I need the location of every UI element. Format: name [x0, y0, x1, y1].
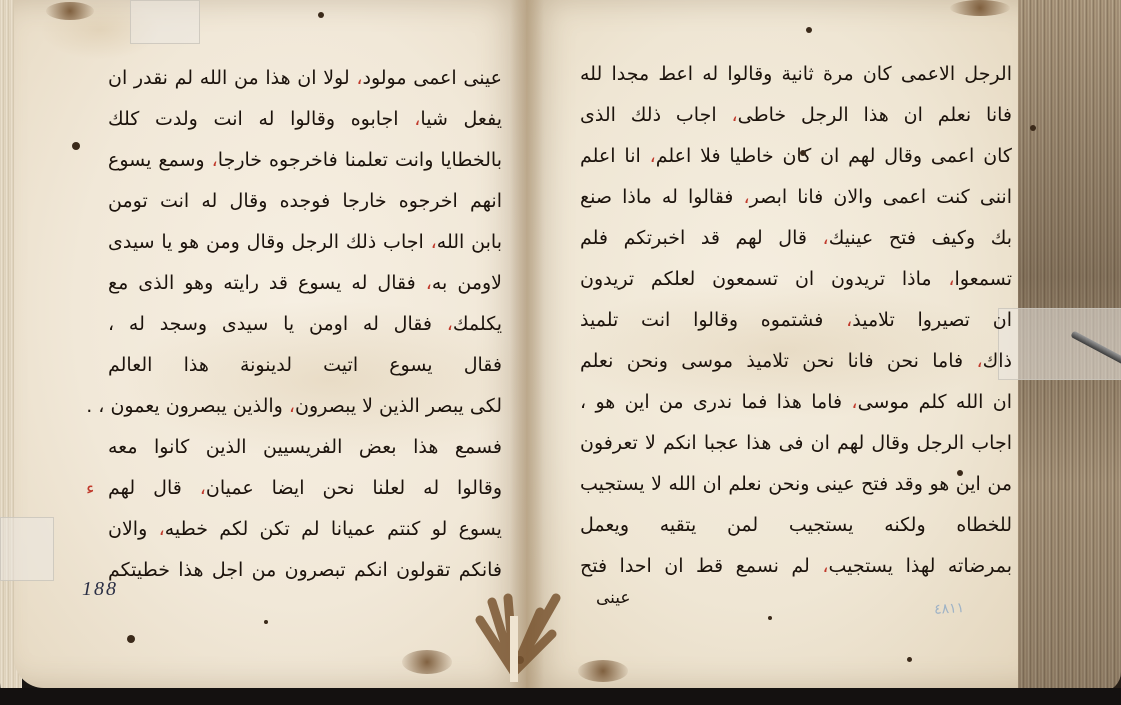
- ink-stain: [46, 2, 94, 20]
- wormhole: [768, 616, 772, 620]
- text-line: اجاب الرجل وقال لهم ان فى هذا عجبا انكم …: [580, 423, 1012, 464]
- worm-damage-fan: [458, 572, 570, 682]
- ink-stain: [578, 660, 628, 682]
- text-line: اننى كنت اعمى والان فانا ابصر، فقالوا له…: [580, 177, 1012, 218]
- text-line: فسمع هذا بعض الفريسيين الذين كانوا معه: [108, 427, 502, 468]
- text-line: ذاك، فاما نحن فانا نحن تلاميذ موسى ونحن …: [580, 341, 1012, 382]
- text-line: يسوع لو كنتم عميانا لم تكن لكم خطيه، وال…: [108, 509, 502, 550]
- text-line: يفعل شيا، اجابوه وقالوا له انت ولدت كلك: [108, 99, 502, 140]
- left-page-text: عينى اعمى مولود، لولا ان هذا من الله لم …: [108, 58, 502, 591]
- repair-tape: [130, 0, 200, 44]
- text-line: يكلمك، فقال له اومن يا سيدى وسجد له ،: [108, 304, 502, 345]
- text-line: ان الله كلم موسى، فاما هذا فما ندرى من ا…: [580, 382, 1012, 423]
- wormhole: [957, 470, 963, 476]
- wormhole: [907, 657, 912, 662]
- ink-stain: [402, 650, 452, 674]
- wormhole: [72, 142, 80, 150]
- ink-stain: [950, 0, 1010, 16]
- text-line: من اين هو وقد فتح عينى ونحن نعلم ان الله…: [580, 464, 1012, 505]
- shelfmark-stamp: ٤٨١١: [933, 599, 964, 618]
- text-line: بمرضاته لهذا يستجيب، لم نسمع قط ان احدا …: [580, 546, 1012, 587]
- repair-tape: [998, 308, 1121, 380]
- manuscript-spread: عينى اعمى مولود، لولا ان هذا من الله لم …: [0, 0, 1121, 705]
- text-line: وقالوا له لعلنا نحن ايضا عميان، قال لهم: [108, 468, 502, 509]
- repair-tape: [0, 517, 54, 581]
- text-line: بابن الله، اجاب ذلك الرجل وقال ومن هو يا…: [108, 222, 502, 263]
- text-line: تسمعوا، ماذا تريدون ان تسمعون لعلكم تريد…: [580, 259, 1012, 300]
- text-line: فقال يسوع اتيت لدينونة هذا العالم: [108, 345, 502, 386]
- margin-rubric-mark: ء: [86, 478, 94, 499]
- wormhole: [806, 27, 812, 33]
- background-shadow: [0, 688, 1121, 705]
- wormhole: [264, 620, 268, 624]
- text-line: بالخطايا وانت تعلمنا فاخرجوه خارجا، وسمع…: [108, 140, 502, 181]
- folio-number: 188: [82, 578, 118, 601]
- wormhole: [127, 635, 135, 643]
- text-line: انهم اخرجوه خارجا فوجده وقال له انت تومن: [108, 181, 502, 222]
- text-line: فانا نعلم ان هذا الرجل خاطى، اجاب ذلك ال…: [580, 95, 1012, 136]
- catchword: عينى: [596, 588, 631, 608]
- text-line: بك وكيف فتح عينيك، قال لهم قد اخبرتكم فل…: [580, 218, 1012, 259]
- text-line: للخطاه ولكنه يستجيب لمن يتقيه ويعمل: [580, 505, 1012, 546]
- wormhole: [800, 150, 806, 156]
- text-line: ان تصيروا تلاميذ، فشتموه وقالوا انت تلمي…: [580, 300, 1012, 341]
- text-line: فانكم تقولون انكم تبصرون من اجل هذا خطيت…: [108, 550, 502, 591]
- text-line: عينى اعمى مولود، لولا ان هذا من الله لم …: [108, 58, 502, 99]
- wormhole: [1030, 125, 1036, 131]
- right-page-text: الرجل الاعمى كان مرة ثانية وقالوا له اعط…: [580, 54, 1012, 587]
- text-line: لاومن به، فقال له يسوع قد رايته وهو الذى…: [108, 263, 502, 304]
- text-line: كان اعمى وقال لهم ان كان خاطيا فلا اعلم،…: [580, 136, 1012, 177]
- text-line: الرجل الاعمى كان مرة ثانية وقالوا له اعط…: [580, 54, 1012, 95]
- text-line: لكى يبصر الذين لا يبصرون، والذين يبصرون …: [108, 386, 502, 427]
- wormhole: [318, 12, 324, 18]
